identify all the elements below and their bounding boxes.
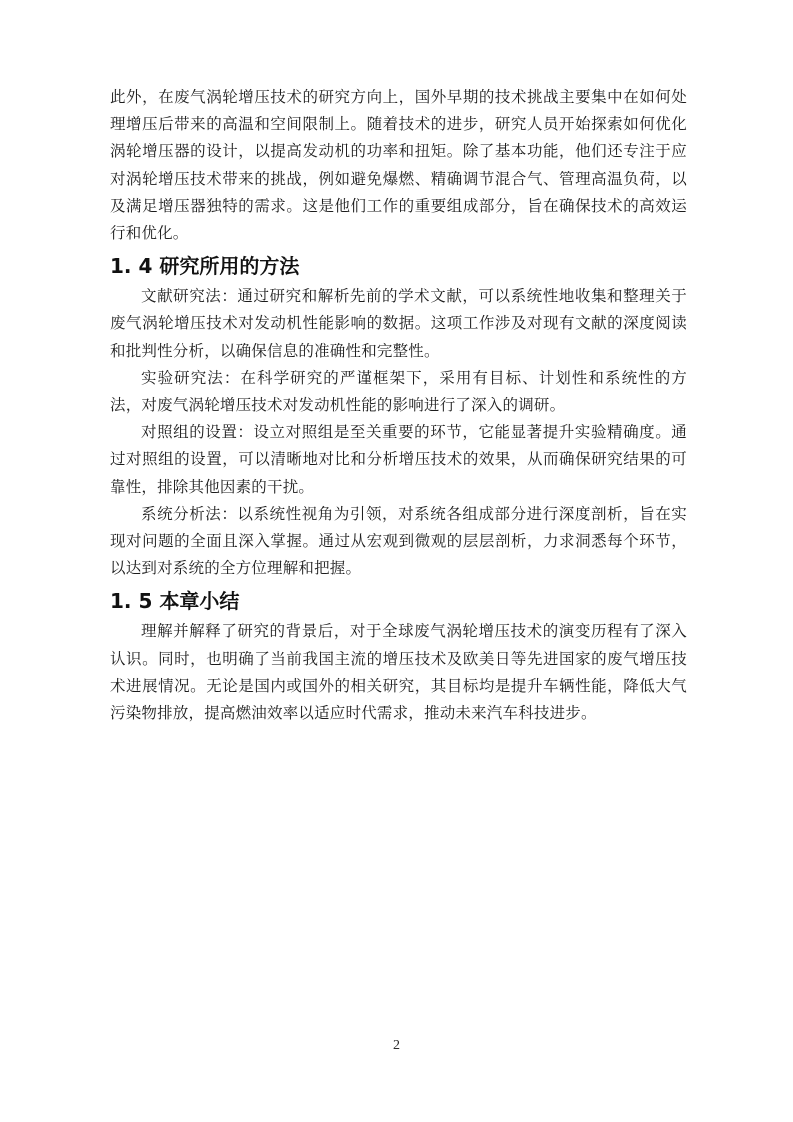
paragraph-continuation: 此外，在废气涡轮增压技术的研究方向上，国外早期的技术挑战主要集中在如何处理增压后… xyxy=(110,84,687,247)
document-page: 此外，在废气涡轮增压技术的研究方向上，国外早期的技术挑战主要集中在如何处理增压后… xyxy=(0,0,793,1122)
page-content: 此外，在废气涡轮增压技术的研究方向上，国外早期的技术挑战主要集中在如何处理增压后… xyxy=(110,84,687,727)
paragraph-literature-method: 文献研究法：通过研究和解析先前的学术文献，可以系统性地收集和整理关于废气涡轮增压… xyxy=(110,283,687,365)
section-heading-1-4: 1. 4 研究所用的方法 xyxy=(110,251,687,281)
paragraph-experiment-method: 实验研究法：在科学研究的严谨框架下，采用有目标、计划性和系统性的方法，对废气涡轮… xyxy=(110,365,687,419)
paragraph-control-group: 对照组的设置：设立对照组是至关重要的环节，它能显著提升实验精确度。通过对照组的设… xyxy=(110,419,687,501)
section-heading-1-5: 1. 5 本章小结 xyxy=(110,586,687,616)
paragraph-system-analysis: 系统分析法：以系统性视角为引领，对系统各组成部分进行深度剖析，旨在实现对问题的全… xyxy=(110,501,687,583)
page-number: 2 xyxy=(0,1036,793,1056)
paragraph-chapter-summary: 理解并解释了研究的背景后，对于全球废气涡轮增压技术的演变历程有了深入认识。同时，… xyxy=(110,618,687,727)
